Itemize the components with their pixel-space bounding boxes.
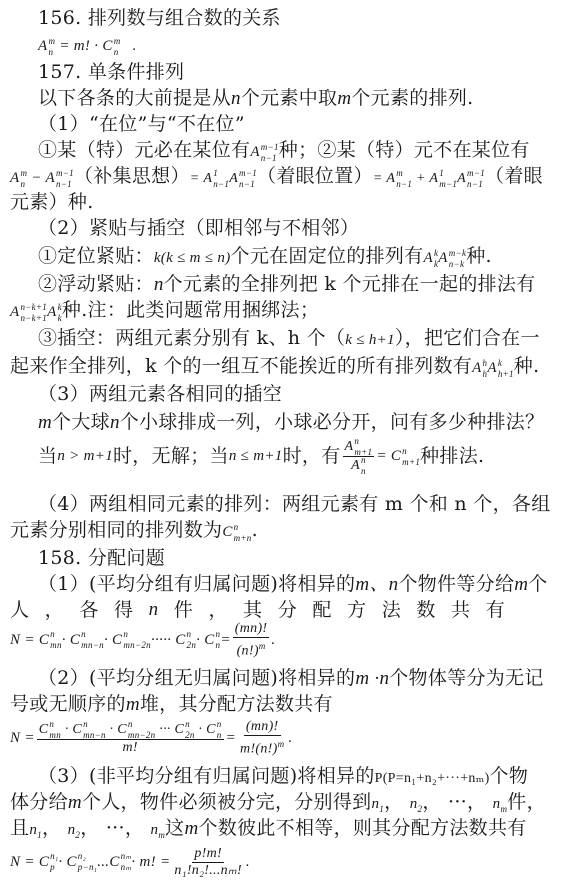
part1-formula: N = Cnmn · Cnmn−n · Cnmn−2n ····· Cn2n ·… xyxy=(10,620,275,660)
part2-line2: 号或无顺序的m堆，其分配方法数共有 xyxy=(10,692,333,717)
part1-line1: （1）(平均分组有归属问题)将相异的m、n个物件等分给m个 xyxy=(38,572,548,597)
part3-line1: （3）(非平均分组有归属问题)将相异的P(P=n₁+n₂+···+nₘ)个物 xyxy=(38,764,528,791)
subsection-1-line1: ①某（特）元必在某位有Am−1n−1种；②某（特）元不在某位有 xyxy=(38,138,530,164)
subsection-1-title: （1）“在位”与“不在位” xyxy=(38,112,245,136)
subsection-3-line2: 当n > m+1时，无解；当n ≤ m+1时，有 Anm+1Ann= Cnm+1… xyxy=(38,436,484,476)
fraction: Anm+1Ann xyxy=(343,438,375,475)
subsection-2-item3: ③插空：两组元素分别有 k、h 个（k ≤ h+1），把它们合在一 xyxy=(38,326,540,352)
part1-line2: 人，各得n件，其分配方法数共有 xyxy=(10,598,505,622)
subsection-4-line1: （4）两组相同元素的排列：两组元素有 m 个和 n 个，各组 xyxy=(38,492,551,516)
subsection-1-line3: 元素）种. xyxy=(10,190,94,214)
subsection-1-line2: Amn − Am−1n−1（补集思想）= A1n−1Am−1n−1（着眼位置）=… xyxy=(10,164,543,191)
section-157-premise: 以下各条的大前提是从n个元素中取m个元素的排列. xyxy=(38,86,474,111)
section-156-formula: Amn = m! · Cmn . xyxy=(38,34,137,58)
subsection-2-item3-cont: 起来作全排列，k 个的一组互不能挨近的所有排列数有AhhAkh+1种. xyxy=(10,354,539,380)
subsection-2-item1: ①定位紧贴：k(k ≤ m ≤ n)个元在固定位的排列有AkkAm−kn−k种. xyxy=(38,244,492,270)
subsection-2-title: （2）紧贴与插空（即相邻与不相邻） xyxy=(38,216,359,240)
section-157-title: 157. 单条件排列 xyxy=(38,60,184,84)
part2-formula: N =Cnmn · Cnmn−n · Cnmn−2n ··· Cn2n · Cn… xyxy=(10,716,292,760)
subsection-3-title: （3）两组元素各相同的插空 xyxy=(38,382,282,406)
part2-line1: （2）(平均分组无归属问题)将相异的m ·n个物体等分为无记 xyxy=(38,666,544,691)
part3-formula: N = Cn₁p · Cn₂p−n₁ ...Cnₘnₘ · m! =p!m!n₁… xyxy=(10,840,250,884)
subsection-3-line1: m个大球n个小球排成一列，小球必分开，问有多少种排法？ xyxy=(38,410,544,435)
section-158-title: 158. 分配问题 xyxy=(38,546,165,570)
subsection-2-item2-cont: An−k+1n−k+1Akk种.注：此类问题常用捆绑法； xyxy=(10,298,319,324)
subsection-4-line2: 元素分别相同的排列数为Cnm+n. xyxy=(10,518,258,544)
section-156-title: 156. 排列数与组合数的关系 xyxy=(38,6,281,30)
subsection-2-item2: ②浮动紧贴：n个元素的全排列把 k 个元排在一起的排法有 xyxy=(38,272,536,297)
